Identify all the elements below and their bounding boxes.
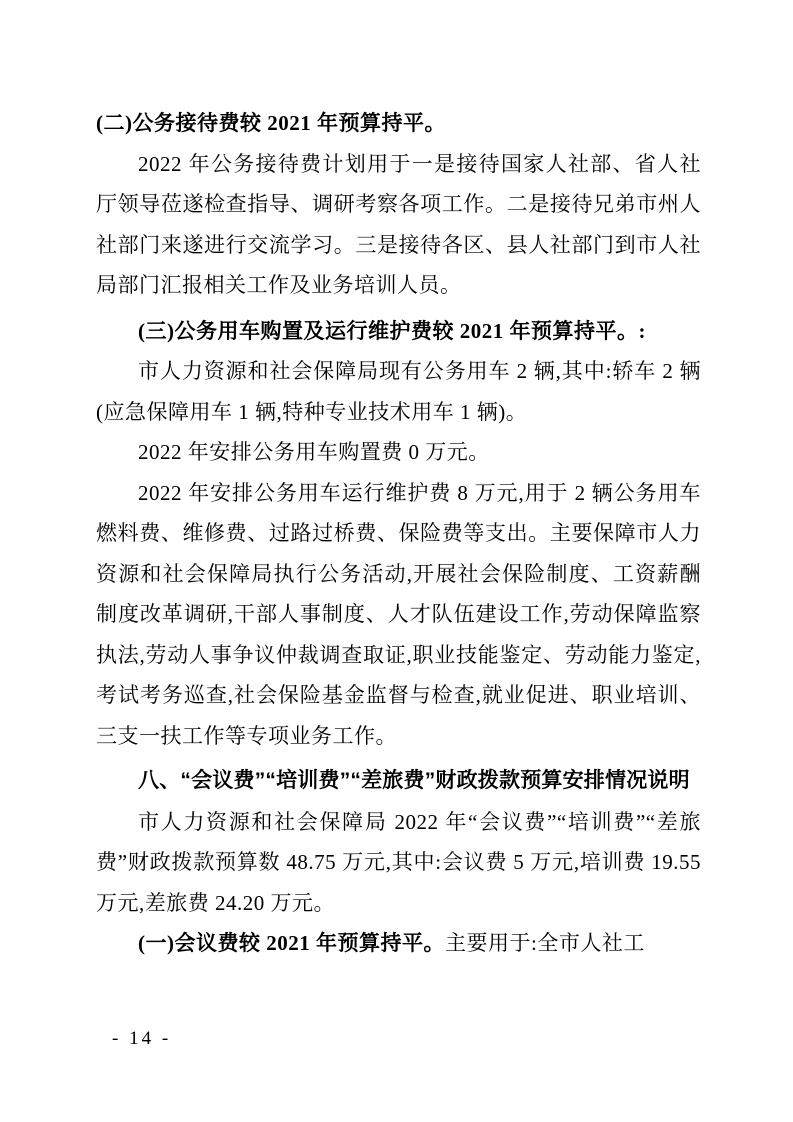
heading-section-2-reception-fee: (二)公务接待费较 2021 年预算持平。 bbox=[96, 103, 701, 144]
paragraph-meeting-fee: (一)会议费较 2021 年预算持平。主要用于:全市人社工 bbox=[96, 923, 701, 964]
document-page: (二)公务接待费较 2021 年预算持平。 2022 年公务接待费计划用于一是接… bbox=[0, 0, 793, 1122]
paragraph-reception-fee-detail: 2022 年公务接待费计划用于一是接待国家人社部、省人社厅领导莅遂检查指导、调研… bbox=[96, 144, 701, 306]
heading-section-8-1-meeting-fee: (一)会议费较 2021 年预算持平。 bbox=[138, 931, 445, 955]
paragraph-meeting-fee-continuation: 主要用于:全市人社工 bbox=[445, 931, 645, 955]
heading-section-3-vehicle-fee: (三)公务用车购置及运行维护费较 2021 年预算持平。: bbox=[96, 311, 701, 352]
paragraph-vehicle-count: 市人力资源和社会保障局现有公务用车 2 辆,其中:轿车 2 辆(应急保障用车 1… bbox=[96, 351, 701, 432]
paragraph-vehicle-maintenance: 2022 年安排公务用车运行维护费 8 万元,用于 2 辆公务用车燃料费、维修费… bbox=[96, 473, 701, 757]
heading-section-8-meeting-training-travel: 八、“会议费”“培训费”“差旅费”财政拨款预算安排情况说明 bbox=[96, 761, 701, 802]
page-number: - 14 - bbox=[112, 1028, 171, 1050]
paragraph-budget-totals: 市人力资源和社会保障局 2022 年“会议费”“培训费”“差旅费”财政拨款预算数… bbox=[96, 802, 701, 924]
paragraph-vehicle-purchase: 2022 年安排公务用车购置费 0 万元。 bbox=[96, 432, 701, 473]
